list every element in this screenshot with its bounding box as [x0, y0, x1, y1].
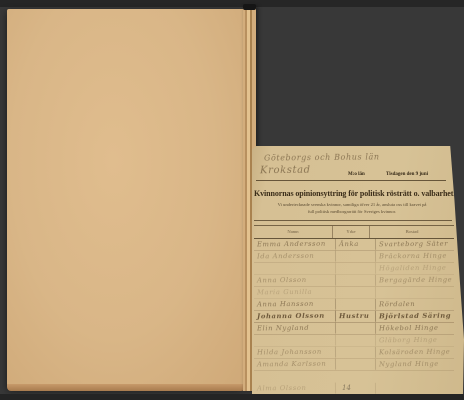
- signature-name: [254, 335, 336, 347]
- signature-occupation: [336, 371, 376, 382]
- signature-occupation: [336, 359, 376, 370]
- signature-name: Anna Olsson: [254, 275, 336, 287]
- signature-residence: Högaliden Hinge: [376, 263, 454, 275]
- signature-row: Hilda Johansson Kolsäroden Hinge: [254, 347, 454, 359]
- signature-name: Johanna Olsson: [254, 311, 336, 323]
- signature-occupation: [336, 299, 376, 310]
- signature-name: Hilda Johansson: [254, 347, 336, 359]
- signature-row: Anna Olsson Bergagärde Hinge: [254, 275, 454, 287]
- book-spine-cap: [243, 4, 256, 10]
- signature-table-header: Namn Yrke Bostad: [254, 225, 454, 239]
- signature-name: Amanda Karlsson: [254, 359, 336, 371]
- signature-name: Ida Andersson: [254, 251, 336, 263]
- header-underline: [256, 180, 446, 181]
- signature-rows: Emma Andersson Änka Svarteborg Säter Ida…: [254, 239, 454, 400]
- signature-row: Högaliden Hinge: [254, 263, 454, 275]
- signature-row: Amanda Karlsson Nygland Hinge: [254, 359, 454, 371]
- signature-occupation: Hustru: [336, 311, 376, 322]
- scanned-book-spread: Göteborgs och Bohus län Krokstad M:o län…: [0, 0, 464, 400]
- signature-occupation: [336, 263, 376, 274]
- signature-name: Anna Hansson: [254, 299, 336, 311]
- signature-row: Gläborg Hinge: [254, 335, 454, 347]
- petition-title: Kvinnornas opinionsyttring för politisk …: [254, 189, 450, 198]
- blank-left-page: [7, 9, 243, 388]
- petition-subtitle-line1: Vi undertecknade svenska kvinnor, samtli…: [254, 202, 450, 207]
- column-header-residence: Bostad: [370, 226, 454, 238]
- signature-occupation: [336, 335, 376, 346]
- signature-residence: [376, 371, 454, 383]
- signature-residence: Björlstad Säring: [376, 311, 454, 323]
- signature-name: [254, 395, 336, 400]
- signature-row: Maria Gunilla: [254, 287, 454, 299]
- left-page-bottom-edge: [7, 384, 245, 391]
- petition-subtitle-line2: full politisk medborgarrätt för Sveriges…: [254, 209, 450, 214]
- signature-occupation: [336, 251, 376, 262]
- signature-table: Namn Yrke Bostad Emma Andersson Änka Sva…: [254, 225, 454, 394]
- signature-residence: Bergagärde Hinge: [376, 275, 454, 287]
- handwritten-county: Göteborgs och Bohus län: [264, 152, 380, 162]
- signature-occupation: [336, 395, 376, 400]
- signature-residence: [376, 287, 454, 299]
- title-table-divider: [254, 220, 452, 221]
- signature-row: Elin Nygland Hökebol Hinge: [254, 323, 454, 335]
- signature-row: Johanna Olsson Hustru Björlstad Säring: [254, 311, 454, 323]
- signature-occupation: [336, 347, 376, 358]
- page-count-mark: 14: [342, 384, 351, 392]
- signature-residence: [376, 395, 454, 400]
- signature-residence: Nygland Hinge: [376, 359, 454, 371]
- signature-residence: Svarteborg Säter: [376, 239, 454, 251]
- signature-residence: Gläborg Hinge: [376, 335, 454, 347]
- signature-occupation: [336, 275, 376, 286]
- signature-residence: [376, 383, 454, 395]
- signature-row: Ida Andersson Bräckorna Hinge: [254, 251, 454, 263]
- column-header-occupation: Yrke: [333, 226, 370, 238]
- signature-residence: Hökebol Hinge: [376, 323, 454, 335]
- signature-residence: Bräckorna Hinge: [376, 251, 454, 263]
- signature-row: Emma Andersson Änka Svarteborg Säter: [254, 239, 454, 251]
- signature-name: [254, 371, 336, 383]
- printed-date-label: Tisdagen den 9 juni: [386, 172, 428, 177]
- signature-row: Alma Olsson: [254, 383, 454, 395]
- handwritten-parish: Krokstad: [260, 165, 311, 177]
- signature-occupation: [336, 287, 376, 298]
- signature-occupation: [336, 323, 376, 334]
- signature-name: [254, 263, 336, 275]
- petition-form-page: Göteborgs och Bohus län Krokstad M:o län…: [252, 146, 464, 394]
- signature-residence: Kolsäroden Hinge: [376, 347, 454, 359]
- signature-occupation: Änka: [336, 239, 376, 250]
- signature-name: Emma Andersson: [254, 239, 336, 251]
- signature-residence: Rördalen: [376, 299, 454, 311]
- printed-county-suffix: M:o län: [348, 172, 365, 177]
- signature-name: Maria Gunilla: [254, 287, 336, 299]
- column-header-name: Namn: [254, 226, 333, 238]
- signature-row: Anna Hansson Rördalen: [254, 299, 454, 311]
- signature-name: Elin Nygland: [254, 323, 336, 335]
- signature-name: Alma Olsson: [254, 383, 336, 395]
